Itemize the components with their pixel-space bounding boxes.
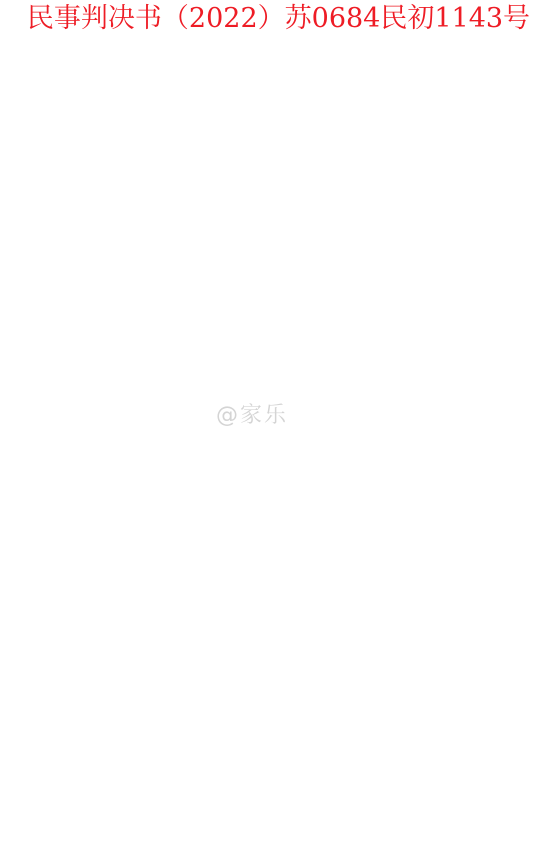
document-title: 民事判决书（2022）苏0684民初1143号 <box>0 2 557 36</box>
watermark: @家乐 <box>216 398 288 429</box>
